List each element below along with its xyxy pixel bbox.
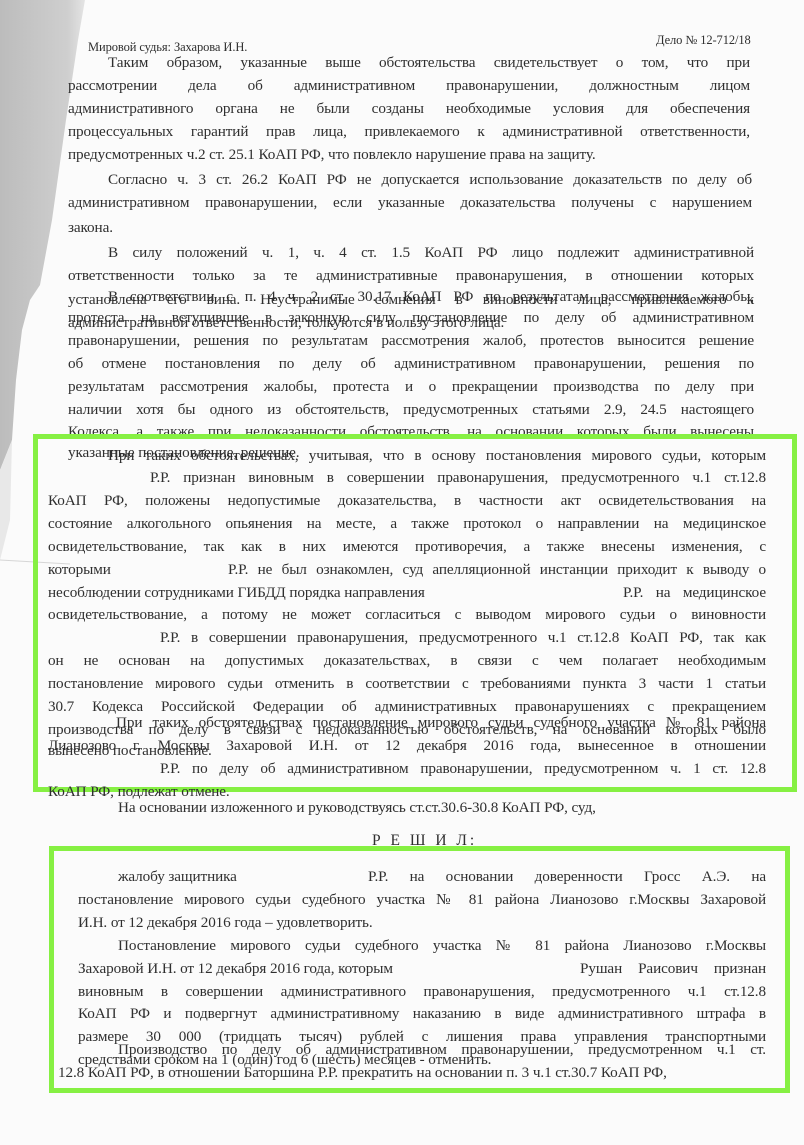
text-line: Производство по делу об административном… <box>118 1040 766 1060</box>
text-line: 12.8 КоАП РФ, в отношении Баторшина Р.Р.… <box>58 1063 667 1083</box>
termination-paragraph-visible: Производство по делу об административном… <box>0 0 804 1145</box>
